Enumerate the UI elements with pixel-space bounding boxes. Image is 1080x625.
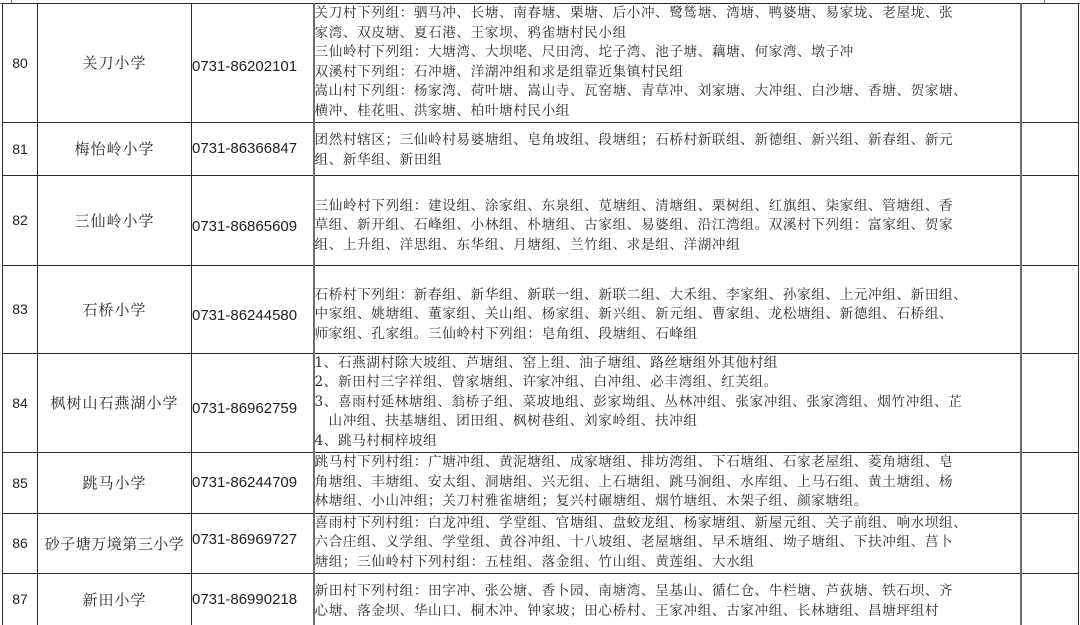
school-name: 砂子塘万境第三小学: [38, 513, 192, 573]
zone-description: 跳马村下列村组：广塘冲组、黄泥塘组、成家塘组、排坊湾组、下石塘组、石家老屋组、菱…: [314, 452, 1021, 513]
phone-number: 0731-86969727: [192, 513, 314, 573]
phone-number: 0731-86244580: [192, 265, 314, 353]
zone-line: 石桥村下列组：新春组、新华组、新联一组、新联二组、大禾组、李家组、孙家组、上元冲…: [315, 286, 1020, 306]
zone-line: 家湾、双皮塘、夏石港、王家坝、鸦雀塘村民小组: [315, 24, 1020, 44]
zone-line: 师家组、孔家组。三仙岭村下列组：皂角组、段塘组、石峰组: [315, 325, 1020, 345]
phone-number: 0731-86990218: [192, 573, 314, 625]
zone-description: 1、石燕湖村除大坡组、芦塘组、窑上组、油子塘组、路丝塘组外其他村组 2、新田村三…: [314, 353, 1021, 452]
zone-line: 三仙岭村下列组：大塘湾、大坝咾、尺田湾、坨子湾、池子塘、藕塘、何家湾、墩子冲: [315, 43, 1020, 63]
note-cell: [1021, 452, 1079, 513]
phone-number: 0731-86962759: [192, 353, 314, 452]
note-cell: [1021, 573, 1079, 625]
table-row: 86 砂子塘万境第三小学 0731-86969727 喜雨村下列村组：白龙冲组、…: [3, 513, 1079, 573]
zone-line: 组、新华组、新田组: [315, 151, 1020, 171]
row-number: 86: [3, 513, 38, 573]
zone-description: 新田村下列村组：田字冲、张公塘、香卜园、南塘湾、呈基山、循仁仓、牛栏塘、芦荻塘、…: [314, 573, 1021, 625]
row-number: 84: [3, 353, 38, 452]
row-number: 80: [3, 4, 38, 123]
zone-description: 石桥村下列组：新春组、新华组、新联一组、新联二组、大禾组、李家组、孙家组、上元冲…: [314, 265, 1021, 353]
school-zone-table: 80 关刀小学 0731-86202101 关刀村下列组：驷马冲、长塘、南春塘、…: [2, 3, 1079, 625]
note-cell: [1021, 175, 1079, 265]
table-row: 81 梅怡岭小学 0731-86366847 团然村辖区；三仙岭村易婆塘组、皂角…: [3, 122, 1079, 175]
phone-number: 0731-86366847: [192, 122, 314, 175]
zone-line: 角塘组、丰塘组、安太组、洞塘组、兴无组、上石塘组、跳马涧组、水库组、上马石组、黄…: [315, 473, 1020, 493]
zone-line: 心塘、落金坝、华山口、桐木冲、钟家坡；田心桥村、王家冲组、古家冲组、长林塘组、昌…: [315, 602, 1020, 622]
zone-description: 喜雨村下列村组：白龙冲组、学堂组、官塘组、盘蛟龙组、杨家塘组、新屋元组、关子前组…: [314, 513, 1021, 573]
zone-line: 三仙岭村下列组：建设组、涂家组、东泉组、苋塘组、清塘组、栗树组、红旗组、柒家组、…: [315, 197, 1020, 217]
table-row: 85 跳马小学 0731-86244709 跳马村下列村组：广塘冲组、黄泥塘组、…: [3, 452, 1079, 513]
zone-description: 三仙岭村下列组：建设组、涂家组、东泉组、苋塘组、清塘组、栗树组、红旗组、柒家组、…: [314, 175, 1021, 265]
phone-number: 0731-86865609: [192, 175, 314, 265]
zone-line: 嵩山村下列组：杨家湾、荷叶塘、嵩山寺、瓦窑塘、青草冲、刘家塘、大冲组、白沙塘、香…: [315, 82, 1020, 102]
table-row: 83 石桥小学 0731-86244580 石桥村下列组：新春组、新华组、新联一…: [3, 265, 1079, 353]
note-cell: [1021, 265, 1079, 353]
table-row: 82 三仙岭小学 0731-86865609 三仙岭村下列组：建设组、涂家组、东…: [3, 175, 1079, 265]
note-cell: [1021, 513, 1079, 573]
phone-number: 0731-86202101: [192, 4, 314, 123]
phone-number: 0731-86244709: [192, 452, 314, 513]
row-number: 83: [3, 265, 38, 353]
zone-line: 团然村辖区；三仙岭村易婆塘组、皂角坡组、段塘组；石桥村新联组、新德组、新兴组、新…: [315, 131, 1020, 151]
school-name: 关刀小学: [38, 4, 192, 123]
school-name: 枫树山石燕湖小学: [38, 353, 192, 452]
zone-line: 4、跳马村桐梓坡组: [315, 432, 1020, 452]
row-number: 87: [3, 573, 38, 625]
table-row: 84 枫树山石燕湖小学 0731-86962759 1、石燕湖村除大坡组、芦塘组…: [3, 353, 1079, 452]
note-cell: [1021, 353, 1079, 452]
zone-line: 六合庄组、义学组、学堂组、黄谷冲组、十八坡组、老屋塘组、早禾塘组、坳子塘组、下扶…: [315, 533, 1020, 553]
zone-line: 2、新田村三字祥组、曾家塘组、许家冲组、白冲组、必丰湾组、红芙组。: [315, 373, 1020, 393]
note-cell: [1021, 4, 1079, 123]
zone-line: 3、喜雨村延林塘组、翁桥子组、菜坡地组、彭家坳组、丛林冲组、张家冲组、张家湾组、…: [315, 393, 1020, 413]
school-name: 跳马小学: [38, 452, 192, 513]
zone-line: 塘组；三仙岭村下列村组：五桂组、落金组、竹山组、黄莲组、大水组: [315, 553, 1020, 573]
zone-line: 1、石燕湖村除大坡组、芦塘组、窑上组、油子塘组、路丝塘组外其他村组: [315, 354, 1020, 374]
school-name: 梅怡岭小学: [38, 122, 192, 175]
row-number: 85: [3, 452, 38, 513]
zone-line: 喜雨村下列村组：白龙冲组、学堂组、官塘组、盘蛟龙组、杨家塘组、新屋元组、关子前组…: [315, 514, 1020, 534]
zone-line: 中家组、姚塘组、董家组、关山组、杨家组、新兴组、新元组、曹家组、龙松塘组、新德组…: [315, 305, 1020, 325]
table-row: 80 关刀小学 0731-86202101 关刀村下列组：驷马冲、长塘、南春塘、…: [3, 4, 1079, 123]
school-name: 三仙岭小学: [38, 175, 192, 265]
zone-line: 关刀村下列组：驷马冲、长塘、南春塘、栗塘、后小冲、鹭鸶塘、湾塘、鸭婆塘、易家垅、…: [315, 4, 1020, 24]
row-number: 81: [3, 122, 38, 175]
zone-description: 关刀村下列组：驷马冲、长塘、南春塘、栗塘、后小冲、鹭鸶塘、湾塘、鸭婆塘、易家垅、…: [314, 4, 1021, 123]
zone-line: 跳马村下列村组：广塘冲组、黄泥塘组、成家塘组、排坊湾组、下石塘组、石家老屋组、菱…: [315, 453, 1020, 473]
note-cell: [1021, 122, 1079, 175]
zone-line: 组、上升组、洋思组、东华组、月塘组、兰竹组、求是组、洋湖冲组: [315, 236, 1020, 256]
zone-line: 林塘组、小山冲组；关刀村雅雀塘组；复兴村碾塘组、烟竹塘组、木架子组、颜家塘组。: [315, 492, 1020, 512]
zone-description: 团然村辖区；三仙岭村易婆塘组、皂角坡组、段塘组；石桥村新联组、新德组、新兴组、新…: [314, 122, 1021, 175]
row-number: 82: [3, 175, 38, 265]
zone-line: 双溪村下列组：石冲塘、洋湖冲组和求是组靠近集镇村民组: [315, 63, 1020, 83]
zone-line: 草组、新开组、石峰组、小林组、朴塘组、古家组、易婆组、沿江湾组。双溪村下列组：富…: [315, 216, 1020, 236]
zone-line: 山冲组、扶基塘组、团田组、枫树巷组、刘家岭组、扶冲组: [315, 412, 1020, 432]
school-name: 新田小学: [38, 573, 192, 625]
school-name: 石桥小学: [38, 265, 192, 353]
zone-line: 横冲、桂花咀、洪家塘、柏叶塘村民小组: [315, 102, 1020, 122]
table-row: 87 新田小学 0731-86990218 新田村下列村组：田字冲、张公塘、香卜…: [3, 573, 1079, 625]
zone-line: 新田村下列村组：田字冲、张公塘、香卜园、南塘湾、呈基山、循仁仓、牛栏塘、芦荻塘、…: [315, 582, 1020, 602]
